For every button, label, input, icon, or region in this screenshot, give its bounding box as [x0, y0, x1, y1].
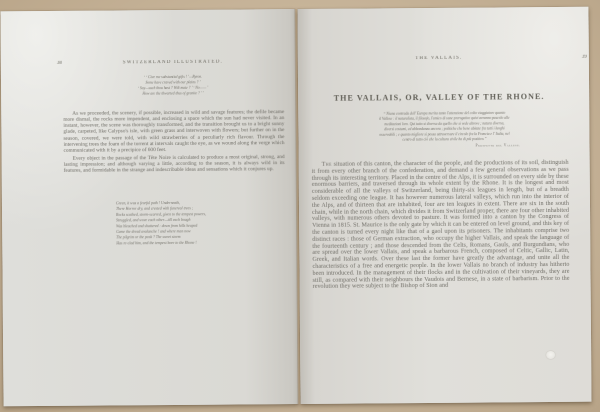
library-sticker	[546, 351, 555, 359]
right-page-content: THE VALLAIS. 39 THE VALLAIS, OR, VALLEY …	[297, 7, 591, 404]
left-page: 38 SWITZERLAND ILLUSTRATED. ‘ ‘ Give me …	[0, 9, 298, 406]
left-page-number: 38	[57, 61, 62, 66]
right-page-number: 39	[582, 55, 587, 60]
right-running-title: THE VALLAIS.	[311, 55, 567, 62]
chapter-title: THE VALLAIS, OR, VALLEY OF THE RHONE.	[311, 92, 567, 103]
left-page-content: 38 SWITZERLAND ILLUSTRATED. ‘ ‘ Give me …	[0, 9, 298, 406]
paragraph: The situation of this canton, the charac…	[312, 160, 570, 291]
right-epigraph: “ Niuna contrada dell' Europa merita tan…	[329, 110, 559, 150]
paragraph: Every object in the passage of the Tête …	[64, 154, 285, 174]
paragraph: As we proceeded, the scenery, if possibl…	[63, 109, 284, 154]
left-running-header: 38 SWITZERLAND ILLUSTRATED.	[63, 59, 283, 69]
epigraph-attribution: Prospetto del Vallese.	[330, 143, 560, 150]
body-continuation: situation of this canton, the character …	[312, 160, 570, 290]
left-verse-quotation: Green, it was a fearful path ! Underneat…	[116, 199, 296, 246]
left-epigraph: ‘ ‘ Give me substantial gifts ! ’—Byron.…	[63, 73, 283, 97]
book-scan-photo: 38 SWITZERLAND ILLUSTRATED. ‘ ‘ Give me …	[0, 0, 600, 412]
right-page: THE VALLAIS. 39 THE VALLAIS, OR, VALLEY …	[297, 7, 591, 404]
left-running-title: SWITZERLAND ILLUSTRATED.	[63, 59, 283, 66]
right-running-header: THE VALLAIS. 39	[311, 55, 567, 65]
epigraph-line: centro di tutto ciò che la cultura civil…	[329, 136, 559, 143]
open-book-spread: 38 SWITZERLAND ILLUSTRATED. ‘ ‘ Give me …	[0, 7, 591, 407]
left-body-text: As we proceeded, the scenery, if possibl…	[63, 109, 285, 176]
lead-word: The	[322, 162, 332, 168]
right-body-text: The situation of this canton, the charac…	[312, 160, 570, 291]
verse-line: Has re-clad him, and the tempest bore to…	[116, 239, 296, 246]
epigraph-line: How are the thwarted thus of granite ? ’…	[63, 90, 283, 97]
